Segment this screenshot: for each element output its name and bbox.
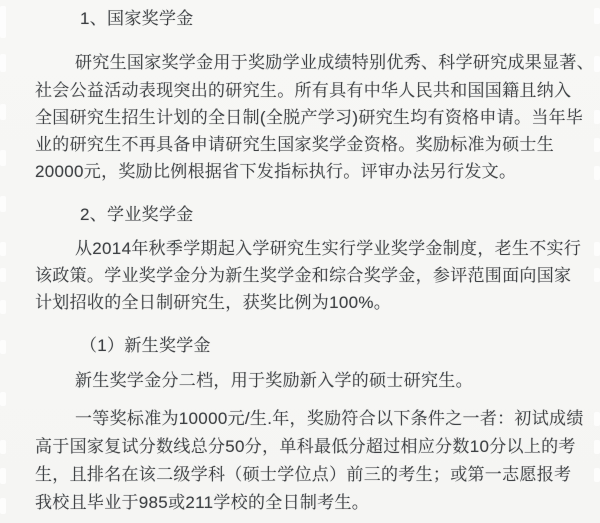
edge-artifact (0, 196, 6, 212)
paragraph-national-line-5: 20000元，奖励比例根据省下发指标执行。评审办法另行发文。 (35, 161, 516, 183)
paragraph-academic-line-2: 该政策。学业奖学金分为新生奖学金和综合奖学金，参评范围面向国家 (35, 265, 571, 287)
heading-academic-scholarship: 2、学业奖学金 (80, 204, 194, 226)
edge-artifact (0, 6, 6, 38)
edge-artifact (0, 54, 6, 72)
edge-artifact (0, 104, 6, 120)
edge-artifact (594, 166, 600, 180)
paragraph-firstprize-line-4: 我校且毕业于985或211学校的全日制考生。 (35, 492, 369, 514)
edge-artifact (594, 440, 600, 454)
edge-artifact (594, 268, 600, 282)
edge-artifact (0, 440, 6, 454)
paragraph-academic-line-3: 计划招收的全日制研究生，获奖比例为100%。 (35, 292, 391, 314)
heading-national-scholarship: 1、国家奖学金 (80, 8, 194, 30)
paragraph-national-line-3: 全国研究生招生计划的全日制(全脱产学习)研究生均有资格申请。当年毕 (35, 107, 583, 129)
paragraph-firstprize-line-1: 一等奖标准为10000元/生.年，奖励符合以下条件之一者：初试成绩 (75, 408, 584, 430)
edge-artifact (594, 138, 600, 152)
heading-freshman-scholarship: （1）新生奖学金 (80, 335, 211, 357)
edge-artifact (594, 468, 600, 482)
edge-artifact (0, 392, 6, 406)
paragraph-national-line-2: 社会公益活动表现突出的研究生。所有具有中华人民共和国国籍且纳入 (35, 80, 571, 102)
edge-artifact (0, 300, 6, 314)
edge-artifact (0, 150, 6, 166)
edge-artifact (0, 242, 6, 256)
scholarship-document: 1、国家奖学金 研究生国家奖学金用于奖励学业成绩特别优秀、科学研究成果显著、 社… (0, 0, 600, 523)
edge-artifact (594, 412, 600, 426)
paragraph-firstprize-line-3: 生，且排名在该二级学科（硕士学位点）前三的考生；或第一志愿报考 (35, 464, 571, 486)
edge-artifact (0, 468, 6, 484)
paragraph-national-line-4: 业的研究生不再具备申请研究生国家奖学金资格。奖励标准为硕士生 (35, 134, 554, 156)
edge-artifact (0, 498, 6, 514)
paragraph-national-line-1: 研究生国家奖学金用于奖励学业成绩特别优秀、科学研究成果显著、 (75, 52, 594, 74)
edge-artifact (594, 242, 600, 256)
edge-artifact (594, 56, 600, 72)
edge-artifact (594, 8, 600, 24)
edge-artifact (0, 340, 6, 354)
edge-artifact (594, 110, 600, 124)
paragraph-firstprize-line-2: 高于国家复试分数线总分50分，单科最低分超过相应分数10分以上的考 (35, 436, 576, 458)
paragraph-academic-line-1: 从2014年秋季学期起入学研究生实行学业奖学金制度，老生不实行 (75, 238, 581, 260)
edge-artifact (0, 268, 6, 282)
paragraph-freshman-intro: 新生奖学金分二档，用于奖励新入学的硕士研究生。 (75, 370, 473, 392)
